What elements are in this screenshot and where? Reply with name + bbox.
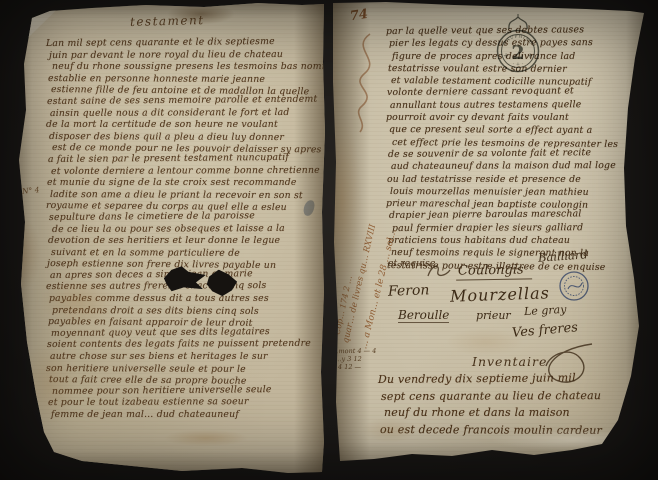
manuscript-line: …mont 4 — 4: [332, 347, 376, 355]
manuscript-line: de la mort la certitude de son heure ne …: [46, 119, 328, 131]
manuscript-line: et munie du signe de la ste croix sest r…: [47, 177, 328, 189]
manuscript-line: ou est decede francois moulin cardeur: [380, 422, 602, 439]
manuscript-line: a fait le sien par le present testament …: [48, 151, 328, 165]
manuscript-line: Lan mil sept cens quarante et le dix sep…: [46, 36, 328, 50]
manuscript-line: autre chose sur ses biens et heritages l…: [50, 351, 328, 363]
manuscript-line: devotion de ses heritiers et leur donne …: [48, 235, 328, 247]
signature-legray: Le gray: [524, 303, 567, 318]
signature-coulongis: Coulongis: [456, 262, 532, 280]
manuscript-line: louis mourzellas menuisier jean mathieu: [390, 186, 646, 199]
paraph-flourish: [348, 30, 388, 140]
left-page-lines: Lan mil sept cens quarante et le dix sep…: [46, 38, 328, 421]
manuscript-line: que ce present seul sorte a effect ayant…: [389, 124, 646, 137]
tax-stamp-icon: DAUPHINE 2 + + · + ·: [490, 12, 546, 90]
manuscript-line: pourroit avoir cy devant faits voulant: [386, 112, 646, 124]
manuscript-line: drapier jean pierre baroulas mareschal: [389, 208, 646, 223]
manuscript-line: paul fermier drapier les sieurs galliard: [392, 222, 646, 235]
manuscript-line: neuf du rhone et dans la maison: [384, 405, 602, 422]
manuscript-line: …y 3 12: [335, 355, 376, 363]
notary-paraph-icon: [426, 262, 452, 282]
archive-stamp-icon: [558, 270, 590, 302]
manuscript-line: praticiens tous habitans dud chateau: [388, 235, 646, 247]
manuscript-line: estant saine de ses sens memoire parolle…: [47, 93, 328, 107]
left-margin-note: N° 4: [22, 185, 40, 195]
signature-prieur: prieur: [476, 309, 511, 322]
manuscript-line: annullant tous autres testamens quelle: [390, 99, 646, 112]
manuscript-scan: testament N° 4 Lan mil sept cens quarant…: [0, 0, 658, 480]
left-page: testament N° 4 Lan mil sept cens quarant…: [6, 2, 328, 474]
manuscript-line: femme de jean mal… dud chateauneuf: [51, 409, 328, 421]
right-page: 74 … a Mon… et le 28 … sol… quar… de liv…: [330, 0, 656, 468]
svg-text:+: +: [503, 52, 509, 60]
manuscript-line: juin par devant le nore royal du lieu de…: [49, 48, 328, 61]
svg-text:· + ·: · + ·: [513, 62, 524, 68]
manuscript-line: ou lad testatrisse reside et presence de: [387, 174, 646, 186]
signature-vesfreres: Ves freres: [511, 320, 578, 341]
manuscript-line: neuf du rhone soussigne presens les tesm…: [52, 61, 328, 73]
signature-flourish-icon: [538, 342, 602, 392]
inventory-heading: Inventaire: [472, 354, 547, 369]
document-title: testament: [130, 13, 205, 29]
manuscript-line: et volonte derniere a lentour comme bonn…: [51, 164, 328, 177]
manuscript-line: et pour le tout izabeau estienne sa soeu…: [48, 396, 328, 409]
manuscript-line: aud chateauneuf dans la maison dud mal l…: [391, 160, 646, 173]
manuscript-line: soient contents des legats faits ne puis…: [47, 338, 328, 351]
manuscript-line: payables comme dessus dit a tous autres …: [49, 293, 328, 305]
margin-accounts: …mont 4 — 4…y 3 124 12 —: [332, 347, 376, 371]
manuscript-line: sepulture dans le cimetiere de la parois…: [49, 209, 328, 223]
signature-beroulle: Beroulle: [398, 308, 449, 323]
signature-mourzellas: Mourzellas: [450, 283, 550, 305]
manuscript-line: 4 12 —: [338, 363, 376, 371]
page-number: 74: [349, 7, 369, 24]
signature-feron: Feron: [388, 282, 430, 299]
svg-text:+: +: [527, 52, 533, 60]
manuscript-line: ainsin quelle nous a dit considerant le …: [50, 106, 328, 119]
manuscript-line: de ce lieu la ou pour ses obseques et la…: [52, 222, 328, 235]
